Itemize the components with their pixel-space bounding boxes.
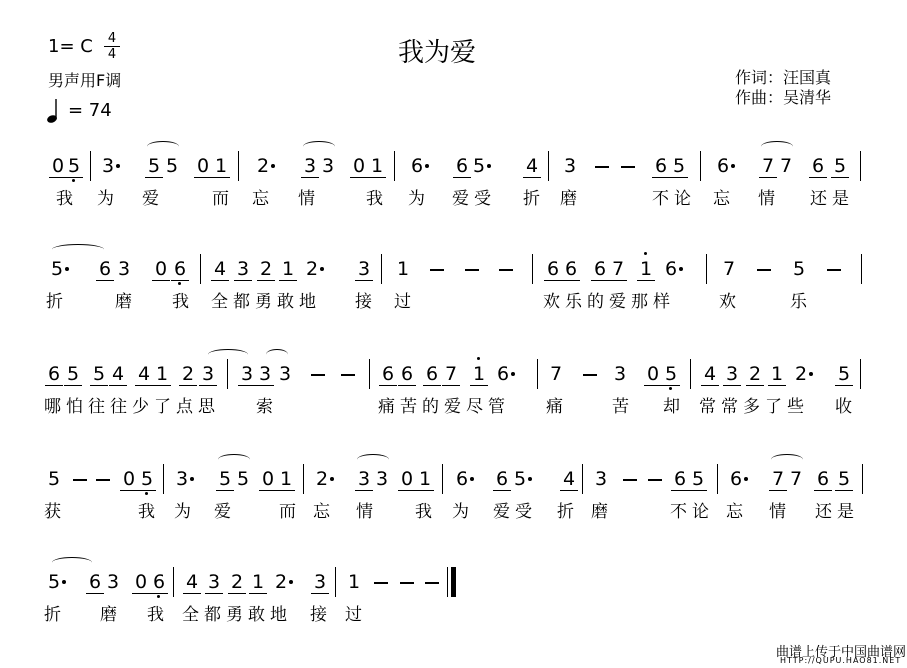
- extension-dash: [341, 374, 355, 376]
- augmentation-dot: [809, 372, 813, 376]
- extension-dash: [465, 269, 479, 271]
- time-signature: 4 4: [104, 32, 120, 61]
- composer: 作曲：吴清华: [735, 88, 831, 108]
- note: 3: [175, 468, 189, 490]
- note: 6: [410, 155, 424, 177]
- note: 0: [51, 155, 65, 177]
- lyric: 收: [835, 397, 857, 417]
- lyric: 磨: [100, 605, 122, 625]
- note: 6: [495, 468, 509, 490]
- slur: [52, 557, 92, 568]
- credits: 作词：汪国真 作曲：吴清华: [735, 68, 831, 108]
- note: 3: [321, 155, 335, 177]
- barline: [582, 464, 583, 494]
- voice-note: 男声用F调: [48, 68, 121, 91]
- note: 0: [196, 155, 210, 177]
- note: 3: [313, 571, 327, 593]
- note: 3: [725, 363, 739, 385]
- barline: [227, 359, 228, 389]
- barline: [706, 254, 707, 284]
- note: 2: [230, 571, 244, 593]
- low-octave-dot: [72, 179, 75, 182]
- lyric: 我: [138, 502, 160, 522]
- augmentation-dot: [320, 267, 324, 271]
- note: 1: [251, 571, 265, 593]
- barline: [860, 151, 861, 181]
- augmentation-dot: [528, 477, 532, 481]
- note: 6: [152, 571, 166, 593]
- note: 2: [315, 468, 329, 490]
- extension-dash: [430, 269, 444, 271]
- key-signature: 1= C: [48, 36, 93, 57]
- note: 6: [455, 155, 469, 177]
- note: 5: [664, 363, 678, 385]
- barline: [442, 464, 443, 494]
- note: 6: [381, 363, 395, 385]
- lyric: 不论: [670, 502, 714, 522]
- note: 5: [50, 258, 64, 280]
- augmentation-dot: [744, 477, 748, 481]
- extension-dash: [499, 269, 513, 271]
- lyric: 而: [212, 189, 234, 209]
- note: 5: [140, 468, 154, 490]
- lyric: 却: [663, 397, 685, 417]
- note: 3: [594, 468, 608, 490]
- barline: [335, 567, 336, 597]
- note: 7: [611, 258, 625, 280]
- lyric: 折: [44, 605, 66, 625]
- note: 5: [218, 468, 232, 490]
- lyric: 我: [366, 189, 388, 209]
- barline: [860, 359, 861, 389]
- lyric: 为: [452, 502, 474, 522]
- lyric: 欢乐的爱那样: [543, 292, 675, 312]
- lyric: 情: [356, 502, 378, 522]
- note: 5: [47, 468, 61, 490]
- note: 5: [236, 468, 250, 490]
- lyric: 接: [310, 605, 332, 625]
- note: 6: [729, 468, 743, 490]
- lyric: 不论: [652, 189, 696, 209]
- lyric: 磨: [591, 502, 613, 522]
- note: 5: [472, 155, 486, 177]
- barline: [90, 151, 91, 181]
- note: 1: [396, 258, 410, 280]
- augmentation-dot: [330, 477, 334, 481]
- lyric: 忘: [252, 189, 274, 209]
- lyric: 乐: [790, 292, 812, 312]
- note: 0: [122, 468, 136, 490]
- lyric: 情: [298, 189, 320, 209]
- note: 6: [716, 155, 730, 177]
- note: 2: [274, 571, 288, 593]
- slur: [208, 349, 248, 360]
- note: 0: [400, 468, 414, 490]
- barline: [700, 151, 701, 181]
- note: 4: [185, 571, 199, 593]
- note: 2: [794, 363, 808, 385]
- note: 5: [792, 258, 806, 280]
- score-line: 563064321231折磨我全都勇敢地接过: [0, 571, 907, 651]
- extension-dash: [648, 479, 662, 481]
- note: 7: [722, 258, 736, 280]
- extension-dash: [311, 374, 325, 376]
- note: 5: [165, 155, 179, 177]
- barline: [717, 464, 718, 494]
- barline: [173, 567, 174, 597]
- extension-dash: [73, 479, 87, 481]
- lyric: 全都勇敢地: [211, 292, 321, 312]
- augmentation-dot: [65, 267, 69, 271]
- footer-site-url: HTTP://QUPU.HAO81.NET: [780, 656, 901, 665]
- augmentation-dot: [425, 164, 429, 168]
- note: 6: [816, 468, 830, 490]
- barline: [862, 464, 863, 494]
- note: 1: [279, 468, 293, 490]
- note: 7: [549, 363, 563, 385]
- high-octave-dot: [644, 252, 647, 255]
- note: 6: [88, 571, 102, 593]
- barline: [394, 151, 395, 181]
- note: 1: [418, 468, 432, 490]
- note: 6: [564, 258, 578, 280]
- lyric: 为: [408, 189, 430, 209]
- note: 2: [259, 258, 273, 280]
- slur: [147, 141, 179, 152]
- quarter-note-icon: [45, 98, 65, 124]
- note: 3: [375, 468, 389, 490]
- note: 4: [111, 363, 125, 385]
- low-octave-dot: [178, 282, 181, 285]
- note: 7: [779, 155, 793, 177]
- score-line: 5053550123301665436567765获我为爱而忘情我为爱受折磨不论…: [0, 468, 907, 548]
- note: 7: [771, 468, 785, 490]
- note: 6: [673, 468, 687, 490]
- note: 3: [106, 571, 120, 593]
- note: 5: [837, 363, 851, 385]
- slur: [266, 349, 288, 360]
- lyric: 磨: [560, 189, 582, 209]
- score-line: 053550123301665436567765我为爱而忘情我为爱受折磨不论忘情…: [0, 155, 907, 235]
- score-line: 56306432123166671675折磨我全都勇敢地接过欢乐的爱那样欢乐: [0, 258, 907, 338]
- lyric: 情: [769, 502, 791, 522]
- extension-dash: [621, 166, 635, 168]
- slur: [218, 454, 250, 465]
- note: 3: [101, 155, 115, 177]
- augmentation-dot: [116, 164, 120, 168]
- lyric: 还是: [810, 189, 854, 209]
- low-octave-dot: [157, 595, 160, 598]
- note: 6: [593, 258, 607, 280]
- note: 0: [134, 571, 148, 593]
- lyric: 过: [394, 292, 416, 312]
- lyric: 磨: [115, 292, 137, 312]
- lyric: 苦: [612, 397, 634, 417]
- note: 4: [137, 363, 151, 385]
- lyric: 索: [256, 397, 278, 417]
- note: 7: [761, 155, 775, 177]
- note: 3: [236, 258, 250, 280]
- extension-dash: [400, 582, 414, 584]
- high-octave-dot: [477, 357, 480, 360]
- barline: [381, 254, 382, 284]
- note: 2: [256, 155, 270, 177]
- note: 6: [47, 363, 61, 385]
- low-octave-dot: [145, 492, 148, 495]
- extension-dash: [583, 374, 597, 376]
- augmentation-dot: [679, 267, 683, 271]
- note: 6: [98, 258, 112, 280]
- lyric: 情: [758, 189, 780, 209]
- final-barline-thin: [447, 567, 448, 597]
- note: 6: [654, 155, 668, 177]
- lyric: 折: [46, 292, 68, 312]
- note: 6: [425, 363, 439, 385]
- barline: [532, 254, 533, 284]
- extension-dash: [96, 479, 110, 481]
- lyric: 爱: [142, 189, 164, 209]
- note: 3: [240, 363, 254, 385]
- lyric: 忘: [713, 189, 735, 209]
- barline: [861, 254, 862, 284]
- note: 6: [811, 155, 825, 177]
- note: 1: [347, 571, 361, 593]
- lyric: 痛: [546, 397, 568, 417]
- score-line: 655441233336667167305432125哪怕往往少了点思索痛苦的爱…: [0, 363, 907, 443]
- lyric: 痛苦的爱尽管: [378, 397, 510, 417]
- note: 5: [837, 468, 851, 490]
- slur: [771, 454, 803, 465]
- lyric: 还是: [815, 502, 859, 522]
- barline: [303, 464, 304, 494]
- note: 6: [496, 363, 510, 385]
- slur: [52, 244, 104, 255]
- extension-dash: [827, 269, 841, 271]
- extension-dash: [623, 479, 637, 481]
- time-signature-denominator: 4: [104, 48, 120, 61]
- note: 0: [352, 155, 366, 177]
- lyric: 折: [523, 189, 545, 209]
- note: 3: [303, 155, 317, 177]
- note: 1: [770, 363, 784, 385]
- lyric: 我: [147, 605, 169, 625]
- augmentation-dot: [62, 580, 66, 584]
- note: 4: [525, 155, 539, 177]
- note: 5: [67, 155, 81, 177]
- note: 1: [639, 258, 653, 280]
- note: 3: [117, 258, 131, 280]
- lyric: 过: [345, 605, 367, 625]
- lyric: 哪怕往往少了点思: [44, 397, 220, 417]
- note: 1: [214, 155, 228, 177]
- extension-dash: [595, 166, 609, 168]
- augmentation-dot: [190, 477, 194, 481]
- augmentation-dot: [731, 164, 735, 168]
- lyric: 忘: [726, 502, 748, 522]
- barline: [163, 464, 164, 494]
- lyric: 爱受: [452, 189, 496, 209]
- note: 6: [546, 258, 560, 280]
- final-barline-thick: [451, 567, 456, 597]
- note: 1: [281, 258, 295, 280]
- note: 3: [278, 363, 292, 385]
- barline: [369, 359, 370, 389]
- lyric: 折: [557, 502, 579, 522]
- lyric: 爱: [214, 502, 236, 522]
- note: 7: [789, 468, 803, 490]
- note: 5: [513, 468, 527, 490]
- note: 3: [201, 363, 215, 385]
- note: 6: [455, 468, 469, 490]
- extension-dash: [425, 582, 439, 584]
- note: 5: [147, 155, 161, 177]
- note: 3: [613, 363, 627, 385]
- barline: [238, 151, 239, 181]
- lyric: 接: [355, 292, 377, 312]
- lyricist: 作词：汪国真: [735, 68, 831, 88]
- note: 6: [400, 363, 414, 385]
- note: 4: [703, 363, 717, 385]
- note: 0: [261, 468, 275, 490]
- note: 5: [47, 571, 61, 593]
- augmentation-dot: [271, 164, 275, 168]
- note: 0: [646, 363, 660, 385]
- note: 2: [181, 363, 195, 385]
- lyric: 爱受: [493, 502, 537, 522]
- note: 5: [66, 363, 80, 385]
- note: 5: [92, 363, 106, 385]
- lyric: 为: [174, 502, 196, 522]
- note: 3: [207, 571, 221, 593]
- lyric: 而: [279, 502, 301, 522]
- slur: [761, 141, 793, 152]
- time-signature-numerator: 4: [104, 32, 120, 45]
- augmentation-dot: [289, 580, 293, 584]
- barline: [548, 151, 549, 181]
- note: 0: [154, 258, 168, 280]
- slur: [357, 454, 389, 465]
- lyric: 获: [44, 502, 66, 522]
- note: 3: [563, 155, 577, 177]
- lyric: 我: [56, 189, 78, 209]
- extension-dash: [374, 582, 388, 584]
- lyric: 常常多了些: [699, 397, 809, 417]
- note: 2: [748, 363, 762, 385]
- extension-dash: [757, 269, 771, 271]
- note: 3: [357, 468, 371, 490]
- note: 5: [833, 155, 847, 177]
- lyric: 全都勇敢地: [182, 605, 292, 625]
- note: 5: [672, 155, 686, 177]
- note: 5: [691, 468, 705, 490]
- note: 6: [664, 258, 678, 280]
- augmentation-dot: [511, 372, 515, 376]
- note: 1: [472, 363, 486, 385]
- note: 1: [370, 155, 384, 177]
- barline: [200, 254, 201, 284]
- tempo-marking: = 74: [68, 100, 112, 121]
- lyric: 忘: [313, 502, 335, 522]
- lyric: 我: [172, 292, 194, 312]
- lyric: 我: [415, 502, 437, 522]
- note: 3: [258, 363, 272, 385]
- lyric: 欢: [719, 292, 741, 312]
- slur: [303, 141, 335, 152]
- note: 7: [444, 363, 458, 385]
- augmentation-dot: [487, 164, 491, 168]
- lyric: 为: [97, 189, 119, 209]
- barline: [537, 359, 538, 389]
- note: 6: [173, 258, 187, 280]
- note: 1: [155, 363, 169, 385]
- barline: [690, 359, 691, 389]
- note: 2: [305, 258, 319, 280]
- note: 4: [562, 468, 576, 490]
- note: 4: [213, 258, 227, 280]
- song-title: 我为爱: [398, 32, 476, 69]
- note: 3: [357, 258, 371, 280]
- augmentation-dot: [470, 477, 474, 481]
- low-octave-dot: [669, 387, 672, 390]
